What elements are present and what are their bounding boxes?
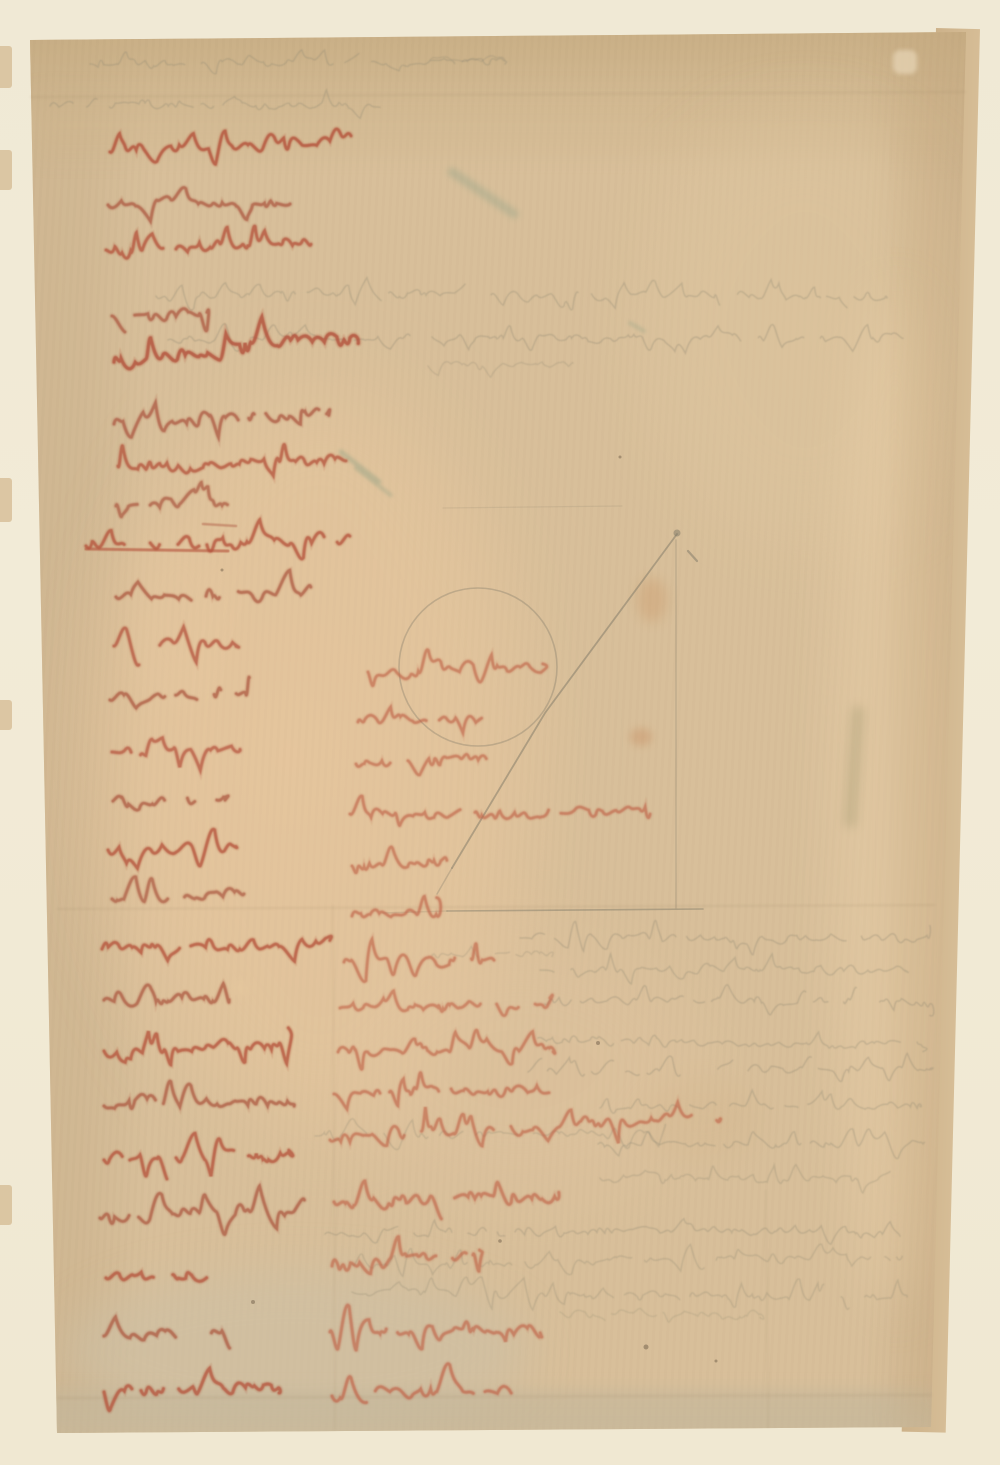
gray-note-line xyxy=(560,1309,764,1323)
photo-mat: { "document": { "kind": "Renaissance man… xyxy=(0,0,1000,1465)
ink-speck xyxy=(619,456,622,459)
ink-speck xyxy=(251,1300,255,1304)
crease-line xyxy=(57,1395,932,1398)
red-list-entry-left xyxy=(104,982,230,1007)
red-list-entry-left xyxy=(108,186,291,222)
stain-spots xyxy=(130,530,760,1160)
red-list-entry-middle-halo xyxy=(350,791,650,826)
red-list-entry-left-halo xyxy=(112,308,210,334)
red-list-entry-middle xyxy=(367,646,547,686)
diagram-apex-dot xyxy=(674,530,681,537)
red-list-entry-left-halo xyxy=(103,1130,293,1181)
ink-speck xyxy=(498,1239,502,1243)
crease-line xyxy=(766,1190,768,1428)
red-list-entry-middle xyxy=(344,937,495,982)
diagram-line xyxy=(443,506,622,508)
red-list-entry-left xyxy=(116,482,252,517)
red-list-entry-left xyxy=(109,116,382,172)
diagram-line xyxy=(447,909,703,911)
red-list-entry-left-halo xyxy=(106,225,311,258)
gray-note-line xyxy=(325,1219,900,1245)
diagram-line xyxy=(688,551,697,561)
gray-note-line xyxy=(90,50,507,74)
gray-note-line xyxy=(540,954,908,984)
green-smudge xyxy=(452,172,514,214)
gray-note-line xyxy=(428,362,573,378)
red-list-entry-left-halo xyxy=(111,873,244,904)
stain xyxy=(130,530,230,710)
ink-speck xyxy=(596,1041,600,1045)
red-list-entry-middle-halo xyxy=(334,1070,550,1109)
gray-note-line xyxy=(545,985,934,1016)
green-smudge xyxy=(850,712,858,822)
gray-note-line xyxy=(156,278,887,310)
red-list-entry-left-halo xyxy=(99,1184,306,1241)
red-list-entry-middle xyxy=(329,1298,542,1352)
red-list-entry-left-halo xyxy=(113,792,229,810)
crease-line xyxy=(57,905,935,909)
ink-speck xyxy=(715,1360,718,1363)
green-smudge xyxy=(630,323,644,331)
ink-speck xyxy=(221,569,224,572)
gray-note-line xyxy=(352,1244,902,1276)
green-smudge xyxy=(341,452,379,482)
gray-note-line xyxy=(352,1277,907,1310)
gray-note-line xyxy=(598,1129,924,1159)
red-list-entry-left-halo xyxy=(118,442,347,478)
stain xyxy=(637,578,667,622)
geometric-sketch xyxy=(383,506,703,913)
diagram-line xyxy=(437,868,452,894)
gray-note-line xyxy=(528,1053,933,1081)
manuscript-artwork-layer xyxy=(0,0,1000,1465)
gray-note-line xyxy=(600,1165,890,1193)
gray-note-line xyxy=(520,921,930,955)
stain xyxy=(630,728,652,746)
red-strikethrough xyxy=(86,549,228,551)
red-chalk-entries xyxy=(86,116,722,1411)
crease-line xyxy=(333,905,335,1430)
stain xyxy=(230,980,250,996)
green-smudge xyxy=(356,468,391,495)
red-list-entry-middle xyxy=(331,1234,483,1277)
ink-speck xyxy=(644,1345,649,1350)
red-list-entry-middle xyxy=(358,705,482,734)
paper-creases xyxy=(30,92,966,1430)
gray-note-line xyxy=(538,1032,927,1052)
red-list-entry-middle-halo xyxy=(340,988,553,1018)
red-list-entry-left xyxy=(103,1026,292,1070)
crease-line xyxy=(30,92,966,97)
red-strikethrough xyxy=(203,524,236,526)
